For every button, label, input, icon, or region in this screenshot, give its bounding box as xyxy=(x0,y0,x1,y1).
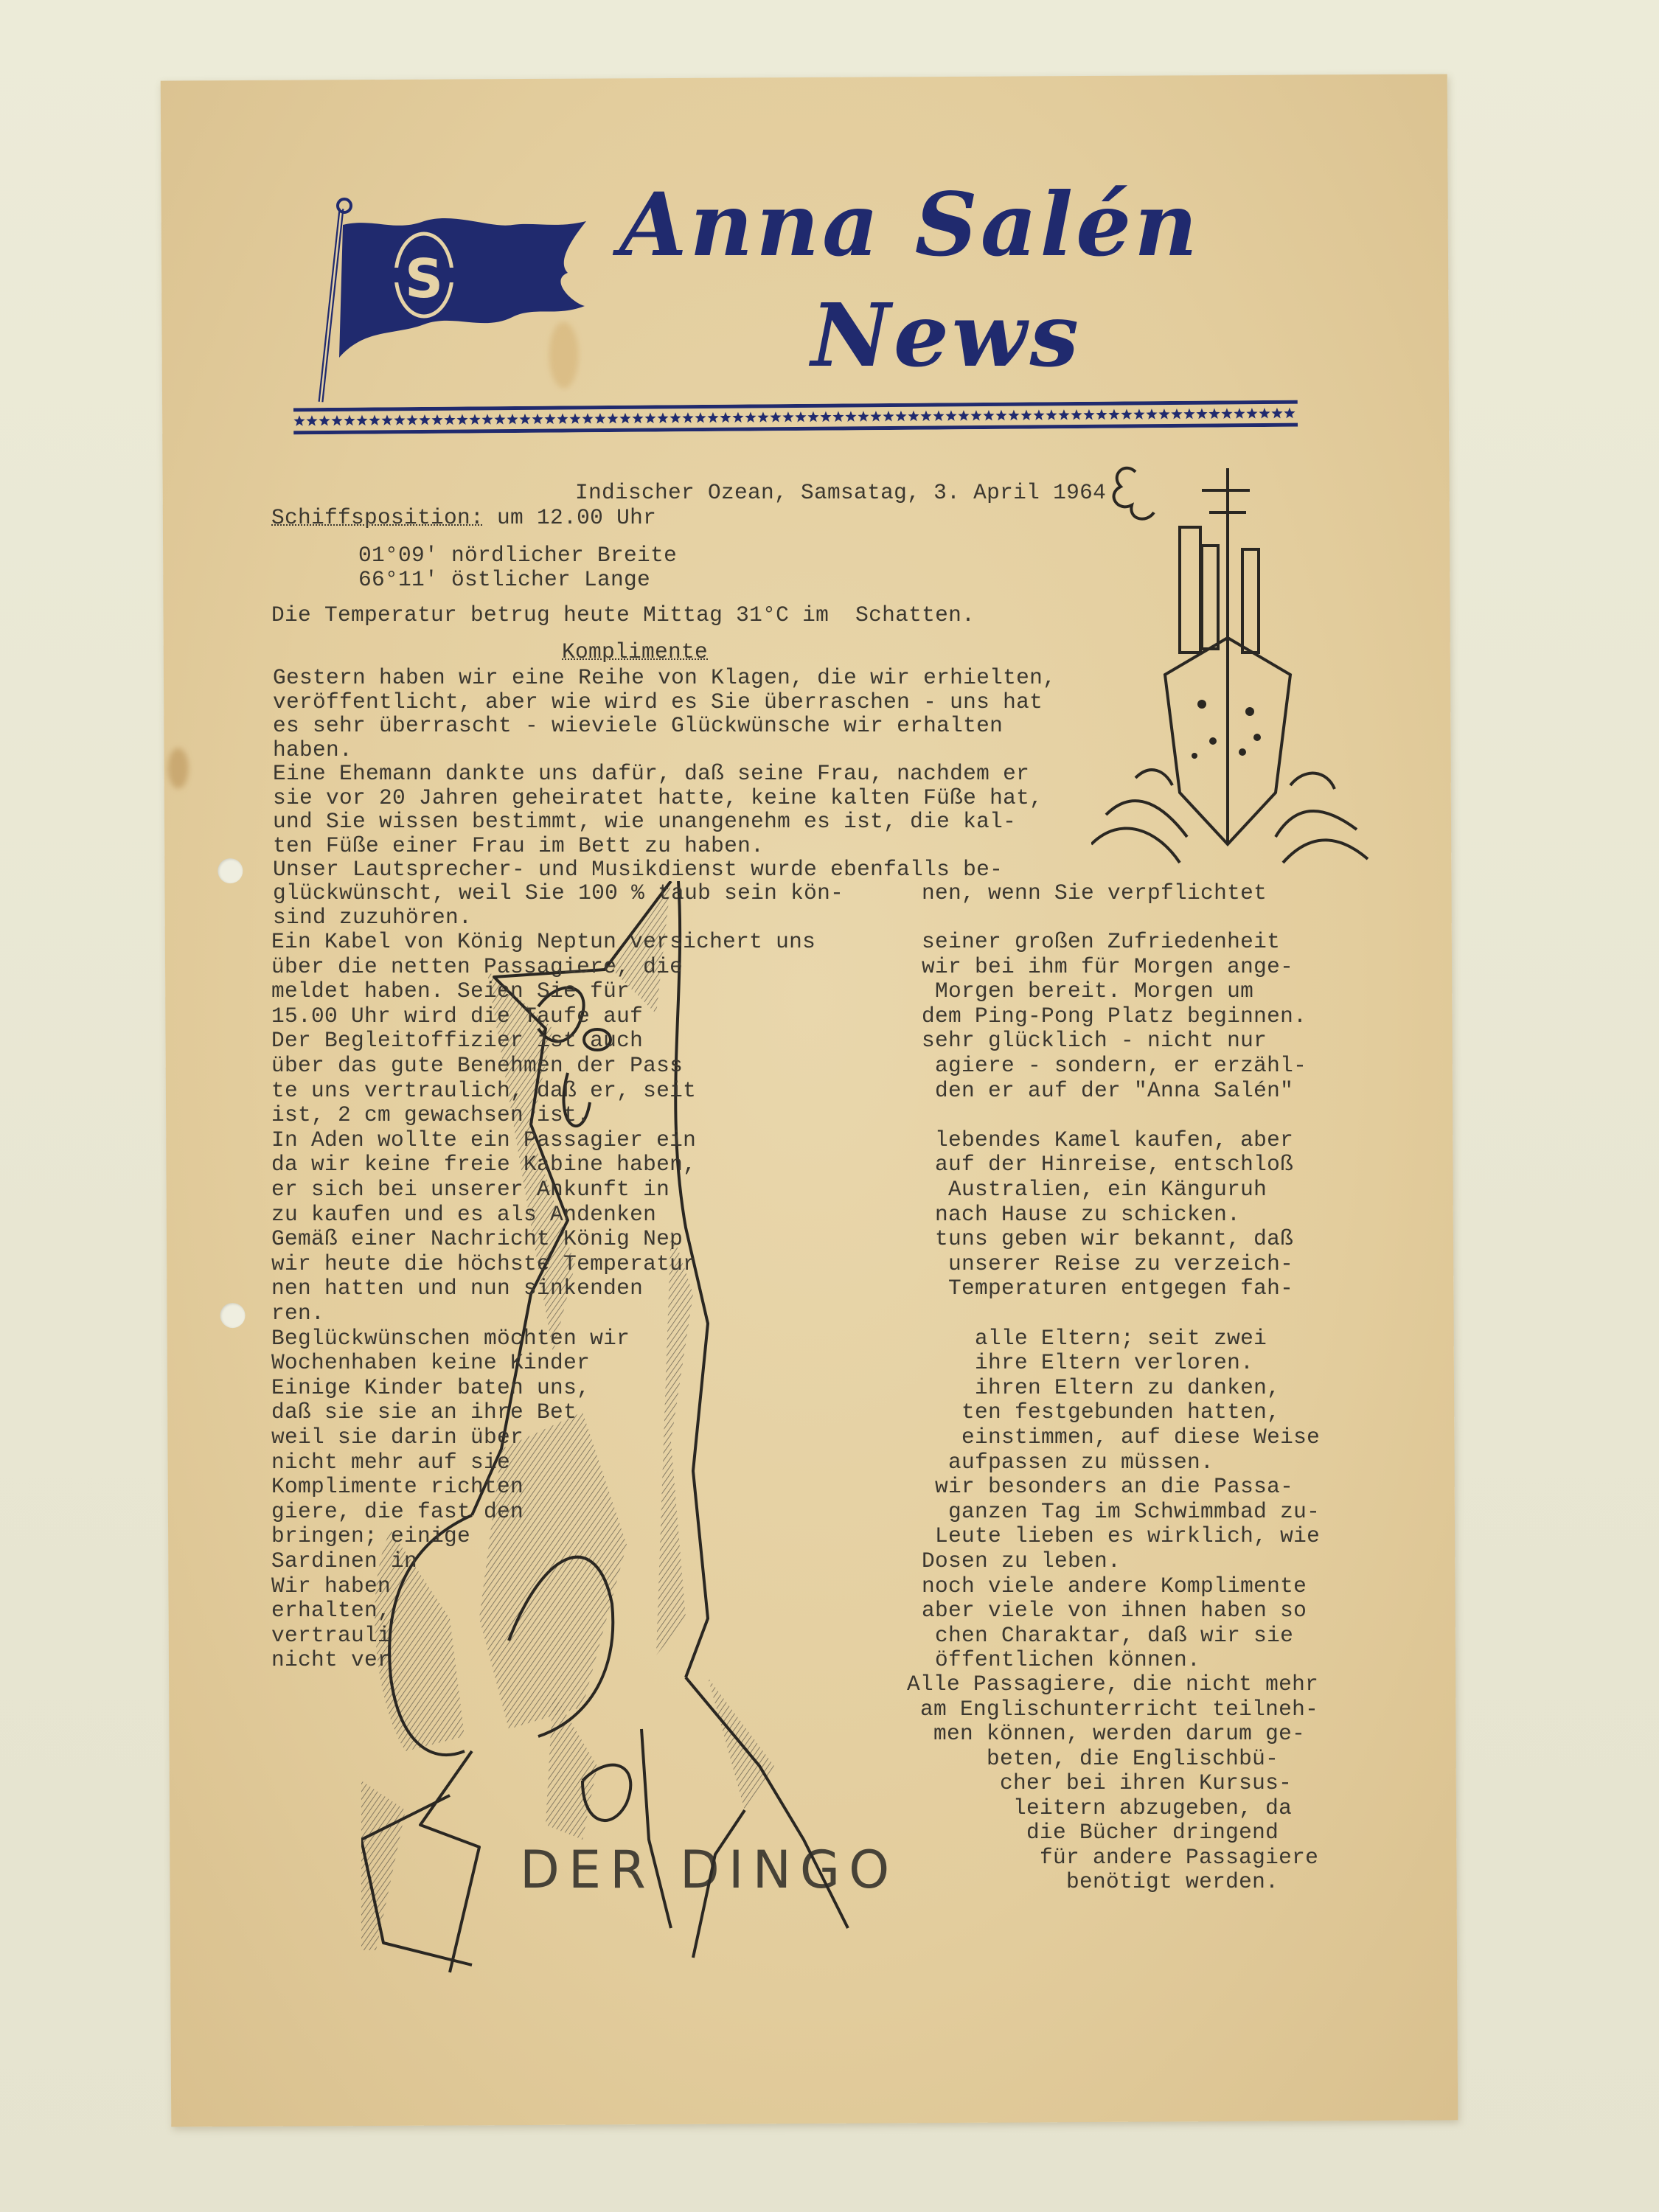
text-line: ten festgebunden hatten, xyxy=(922,1400,1280,1425)
text-line: er sich bei unserer Ankunft in xyxy=(271,1178,669,1202)
text-line: ihre Eltern verloren. xyxy=(922,1351,1253,1375)
text-line: leitern abzugeben, da xyxy=(907,1796,1292,1820)
text-line: Beglückwünschen möchten wir xyxy=(271,1326,630,1351)
punch-hole xyxy=(220,1303,245,1328)
text-line: Temperaturen entgegen fah- xyxy=(922,1276,1293,1301)
text-line: men können, werden darum ge- xyxy=(907,1722,1305,1746)
text-line: Alle Passagiere, die nicht mehr xyxy=(907,1672,1318,1697)
split-line-right: nen, wenn Sie verpflichtet xyxy=(922,881,1267,905)
text-line: ganzen Tag im Schwimmbad zu- xyxy=(922,1500,1320,1524)
text-line: auf der Hinreise, entschloß xyxy=(922,1152,1293,1177)
text-line: zu kaufen und es als Andenken xyxy=(271,1203,656,1227)
text-line: und Sie wissen bestimmt, wie unangenehm … xyxy=(273,810,1016,834)
text-line: haben. xyxy=(273,738,352,762)
text-line: einstimmen, auf diese Weise xyxy=(922,1425,1320,1450)
illustration-caption: DER DINGO xyxy=(520,1840,898,1900)
text-line: bringen; einige xyxy=(271,1524,470,1548)
flag-logo-icon: S xyxy=(313,195,594,409)
text-line: Wir haben xyxy=(271,1574,391,1599)
text-line: Wochenhaben keine Kinder xyxy=(271,1351,590,1375)
ship-position-time: um 12.00 Uhr xyxy=(484,505,656,530)
ship-position-label: Schiffsposition: xyxy=(271,505,484,530)
text-line: aufpassen zu müssen. xyxy=(922,1450,1214,1475)
text-line: te uns vertraulich, daß er, seit xyxy=(271,1079,696,1103)
text-line: Morgen bereit. Morgen um xyxy=(922,979,1253,1004)
text-line: wir bei ihm für Morgen ange- xyxy=(922,955,1293,979)
text-line: es sehr überrascht - wieviele Glückwünsc… xyxy=(273,714,1003,738)
text-line: nicht ver xyxy=(271,1648,391,1672)
text-line: alle Eltern; seit zwei xyxy=(922,1326,1267,1351)
text-line: vertrauli xyxy=(271,1624,391,1648)
text-line: Ein Kabel von König Neptun versichert un… xyxy=(271,930,815,954)
masthead-title: Anna Salén xyxy=(619,173,1200,276)
text-line: ihren Eltern zu danken, xyxy=(922,1376,1280,1400)
text-line: wir heute die höchste Temperatur xyxy=(271,1252,696,1276)
text-line: Eine Ehemann dankte uns dafür, daß seine… xyxy=(273,762,1029,786)
text-line: weil sie darin über xyxy=(271,1425,524,1450)
text-line: sehr glücklich - nicht nur xyxy=(922,1029,1267,1053)
text-line: tuns geben wir bekannt, daß xyxy=(922,1227,1293,1251)
text-line: ten Füße einer Frau im Bett zu haben. xyxy=(273,834,764,858)
dateline: Indischer Ozean, Samsatag, 3. April 1964 xyxy=(575,481,1106,505)
text-line: öffentlichen können. xyxy=(922,1648,1200,1672)
text-line: Der Begleitoffizier ist auch xyxy=(271,1029,643,1053)
text-line: chen Charaktar, daß wir sie xyxy=(922,1624,1293,1648)
text-line: nach Hause zu schicken. xyxy=(922,1203,1240,1227)
text-line: Leute lieben es wirklich, wie xyxy=(922,1524,1320,1548)
text-line: beten, die Englischbü- xyxy=(907,1747,1279,1771)
text-line: Dosen zu leben. xyxy=(922,1549,1121,1573)
text-line: unserer Reise zu verzeich- xyxy=(922,1252,1293,1276)
svg-text:S: S xyxy=(405,248,443,310)
text-line: Gestern haben wir eine Reihe von Klagen,… xyxy=(273,666,1056,690)
text-line: Einige Kinder baten uns, xyxy=(271,1376,590,1400)
text-line: veröffentlicht, aber wie wird es Sie übe… xyxy=(273,690,1043,714)
punch-hole xyxy=(218,858,243,883)
ship-position-line: Schiffsposition: um 12.00 Uhr xyxy=(271,506,656,530)
text-line: da wir keine freie Kabine haben, xyxy=(271,1152,696,1177)
text-line: den er auf der "Anna Salén" xyxy=(922,1079,1293,1103)
text-line: nicht mehr auf sie xyxy=(271,1450,510,1475)
text-line: giere, die fast den xyxy=(271,1500,524,1524)
text-line: die Bücher dringend xyxy=(907,1820,1279,1845)
text-line: Gemäß einer Nachricht König Nep xyxy=(271,1227,683,1251)
text-line: aber viele von ihnen haben so xyxy=(922,1599,1307,1623)
text-line: seiner großen Zufriedenheit xyxy=(922,930,1280,954)
text-line: für andere Passagiere xyxy=(907,1846,1318,1870)
text-line: erhalten, xyxy=(271,1599,391,1623)
masthead-subtitle: News xyxy=(811,284,1082,386)
text-line: noch viele andere Komplimente xyxy=(922,1574,1307,1599)
text-line: meldet haben. Seien Sie für xyxy=(271,979,630,1004)
text-line: über die netten Passagiere, die xyxy=(271,955,683,979)
article-line: sind zuzuhören. xyxy=(273,905,472,930)
text-line: ren. xyxy=(271,1301,324,1326)
temperature-line: Die Temperatur betrug heute Mittag 31°C … xyxy=(271,603,975,627)
text-line: Australien, ein Känguruh xyxy=(922,1178,1267,1202)
stain xyxy=(167,748,188,788)
text-line: über das gute Benehmen der Pass xyxy=(271,1054,683,1078)
text-line: Unser Lautsprecher- und Musikdienst wurd… xyxy=(273,858,1003,882)
text-line: sie vor 20 Jahren geheiratet hatte, kein… xyxy=(273,786,1043,810)
longitude: 66°11' östlicher Lange xyxy=(358,568,650,592)
split-line-left: glückwünscht, weil Sie 100 % taub sein k… xyxy=(273,881,844,905)
text-line: nen hatten und nun sinkenden xyxy=(271,1276,643,1301)
text-line: benötigt werden. xyxy=(907,1870,1279,1894)
article-heading: Komplimente xyxy=(562,640,708,664)
latitude: 01°09' nördlicher Breite xyxy=(358,543,677,568)
text-line: ist, 2 cm gewachsen ist. xyxy=(271,1103,590,1127)
text-line: Komplimente richten xyxy=(271,1475,524,1499)
text-line: Sardinen in xyxy=(271,1549,417,1573)
text-line: 15.00 Uhr wird die Taufe auf xyxy=(271,1004,643,1029)
text-line: In Aden wollte ein Passagier ein xyxy=(271,1128,696,1152)
text-line: am Englischunterricht teilneh- xyxy=(907,1697,1318,1722)
text-line: wir besonders an die Passa- xyxy=(922,1475,1293,1499)
text-line: lebendes Kamel kaufen, aber xyxy=(922,1128,1293,1152)
text-line: dem Ping-Pong Platz beginnen. xyxy=(922,1004,1307,1029)
text-line: daß sie sie an ihre Bet xyxy=(271,1400,577,1425)
text-line: agiere - sondern, er erzähl- xyxy=(922,1054,1307,1078)
text-line: cher bei ihren Kursus- xyxy=(907,1771,1292,1795)
